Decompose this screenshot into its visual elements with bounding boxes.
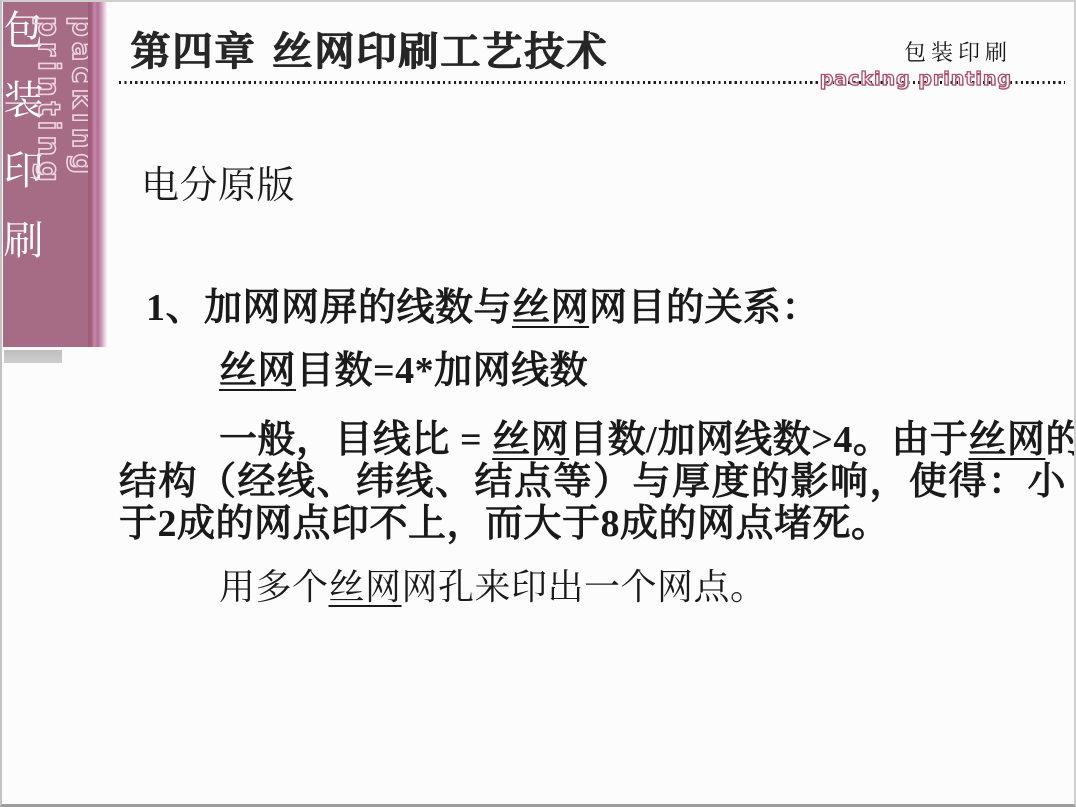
note-seg: 网孔来印出一个网点。 xyxy=(402,567,767,607)
para-underlined-term: 丝网 xyxy=(492,419,569,461)
header-logo: 包装印刷 packing printing xyxy=(820,36,1012,90)
note-underlined-term: 丝网 xyxy=(329,567,402,607)
sidebar-gradient-strip xyxy=(88,2,107,347)
sidebar: 包 装 印 刷 packing printing xyxy=(3,2,107,347)
slide: 包 装 印 刷 packing printing 第四章 丝网印刷工艺技术 包装… xyxy=(0,0,1076,807)
para-seg: 一般，目线比 = xyxy=(219,419,492,461)
para-underlined-term: 丝网 xyxy=(968,419,1045,461)
logo-english: packing printing xyxy=(820,68,1012,90)
heading-line: 1、加网网屏的线数与丝网网目的关系： xyxy=(146,286,820,330)
paragraph-line-1: 一般，目线比 = 丝网目数/加网线数>4。由于丝网的 xyxy=(119,418,1076,462)
note-line: 用多个丝网网孔来印出一个网点。 xyxy=(219,565,767,609)
paragraph-line-3: 于2成的网点印不上，而大于8成的网点堵死。 xyxy=(119,502,890,546)
heading-pre: 1、加网网屏的线数与 xyxy=(146,287,512,329)
sidebar-shadow xyxy=(4,350,62,363)
sidebar-english-column: packing printing xyxy=(44,2,88,347)
formula-underlined-term: 丝网 xyxy=(219,350,296,392)
heading-underlined-term: 丝网 xyxy=(512,287,589,329)
note-seg: 用多个 xyxy=(219,567,329,607)
slide-title: 第四章 丝网印刷工艺技术 xyxy=(130,30,608,74)
formula-line: 丝网目数=4*加网线数 xyxy=(219,349,588,393)
heading-post: 网目的关系： xyxy=(589,287,820,329)
para-seg: 目数/加网线数>4。由于 xyxy=(569,419,968,461)
intro-text: 电分原版 xyxy=(141,164,295,208)
logo-chinese: 包装印刷 xyxy=(820,36,1012,67)
formula-rest: 目数=4*加网线数 xyxy=(296,350,588,392)
paragraph-line-2: 结构（经线、纬线、结点等）与厚度的影响，使得：小 xyxy=(119,460,1067,504)
para-seg: 的 xyxy=(1045,419,1076,461)
